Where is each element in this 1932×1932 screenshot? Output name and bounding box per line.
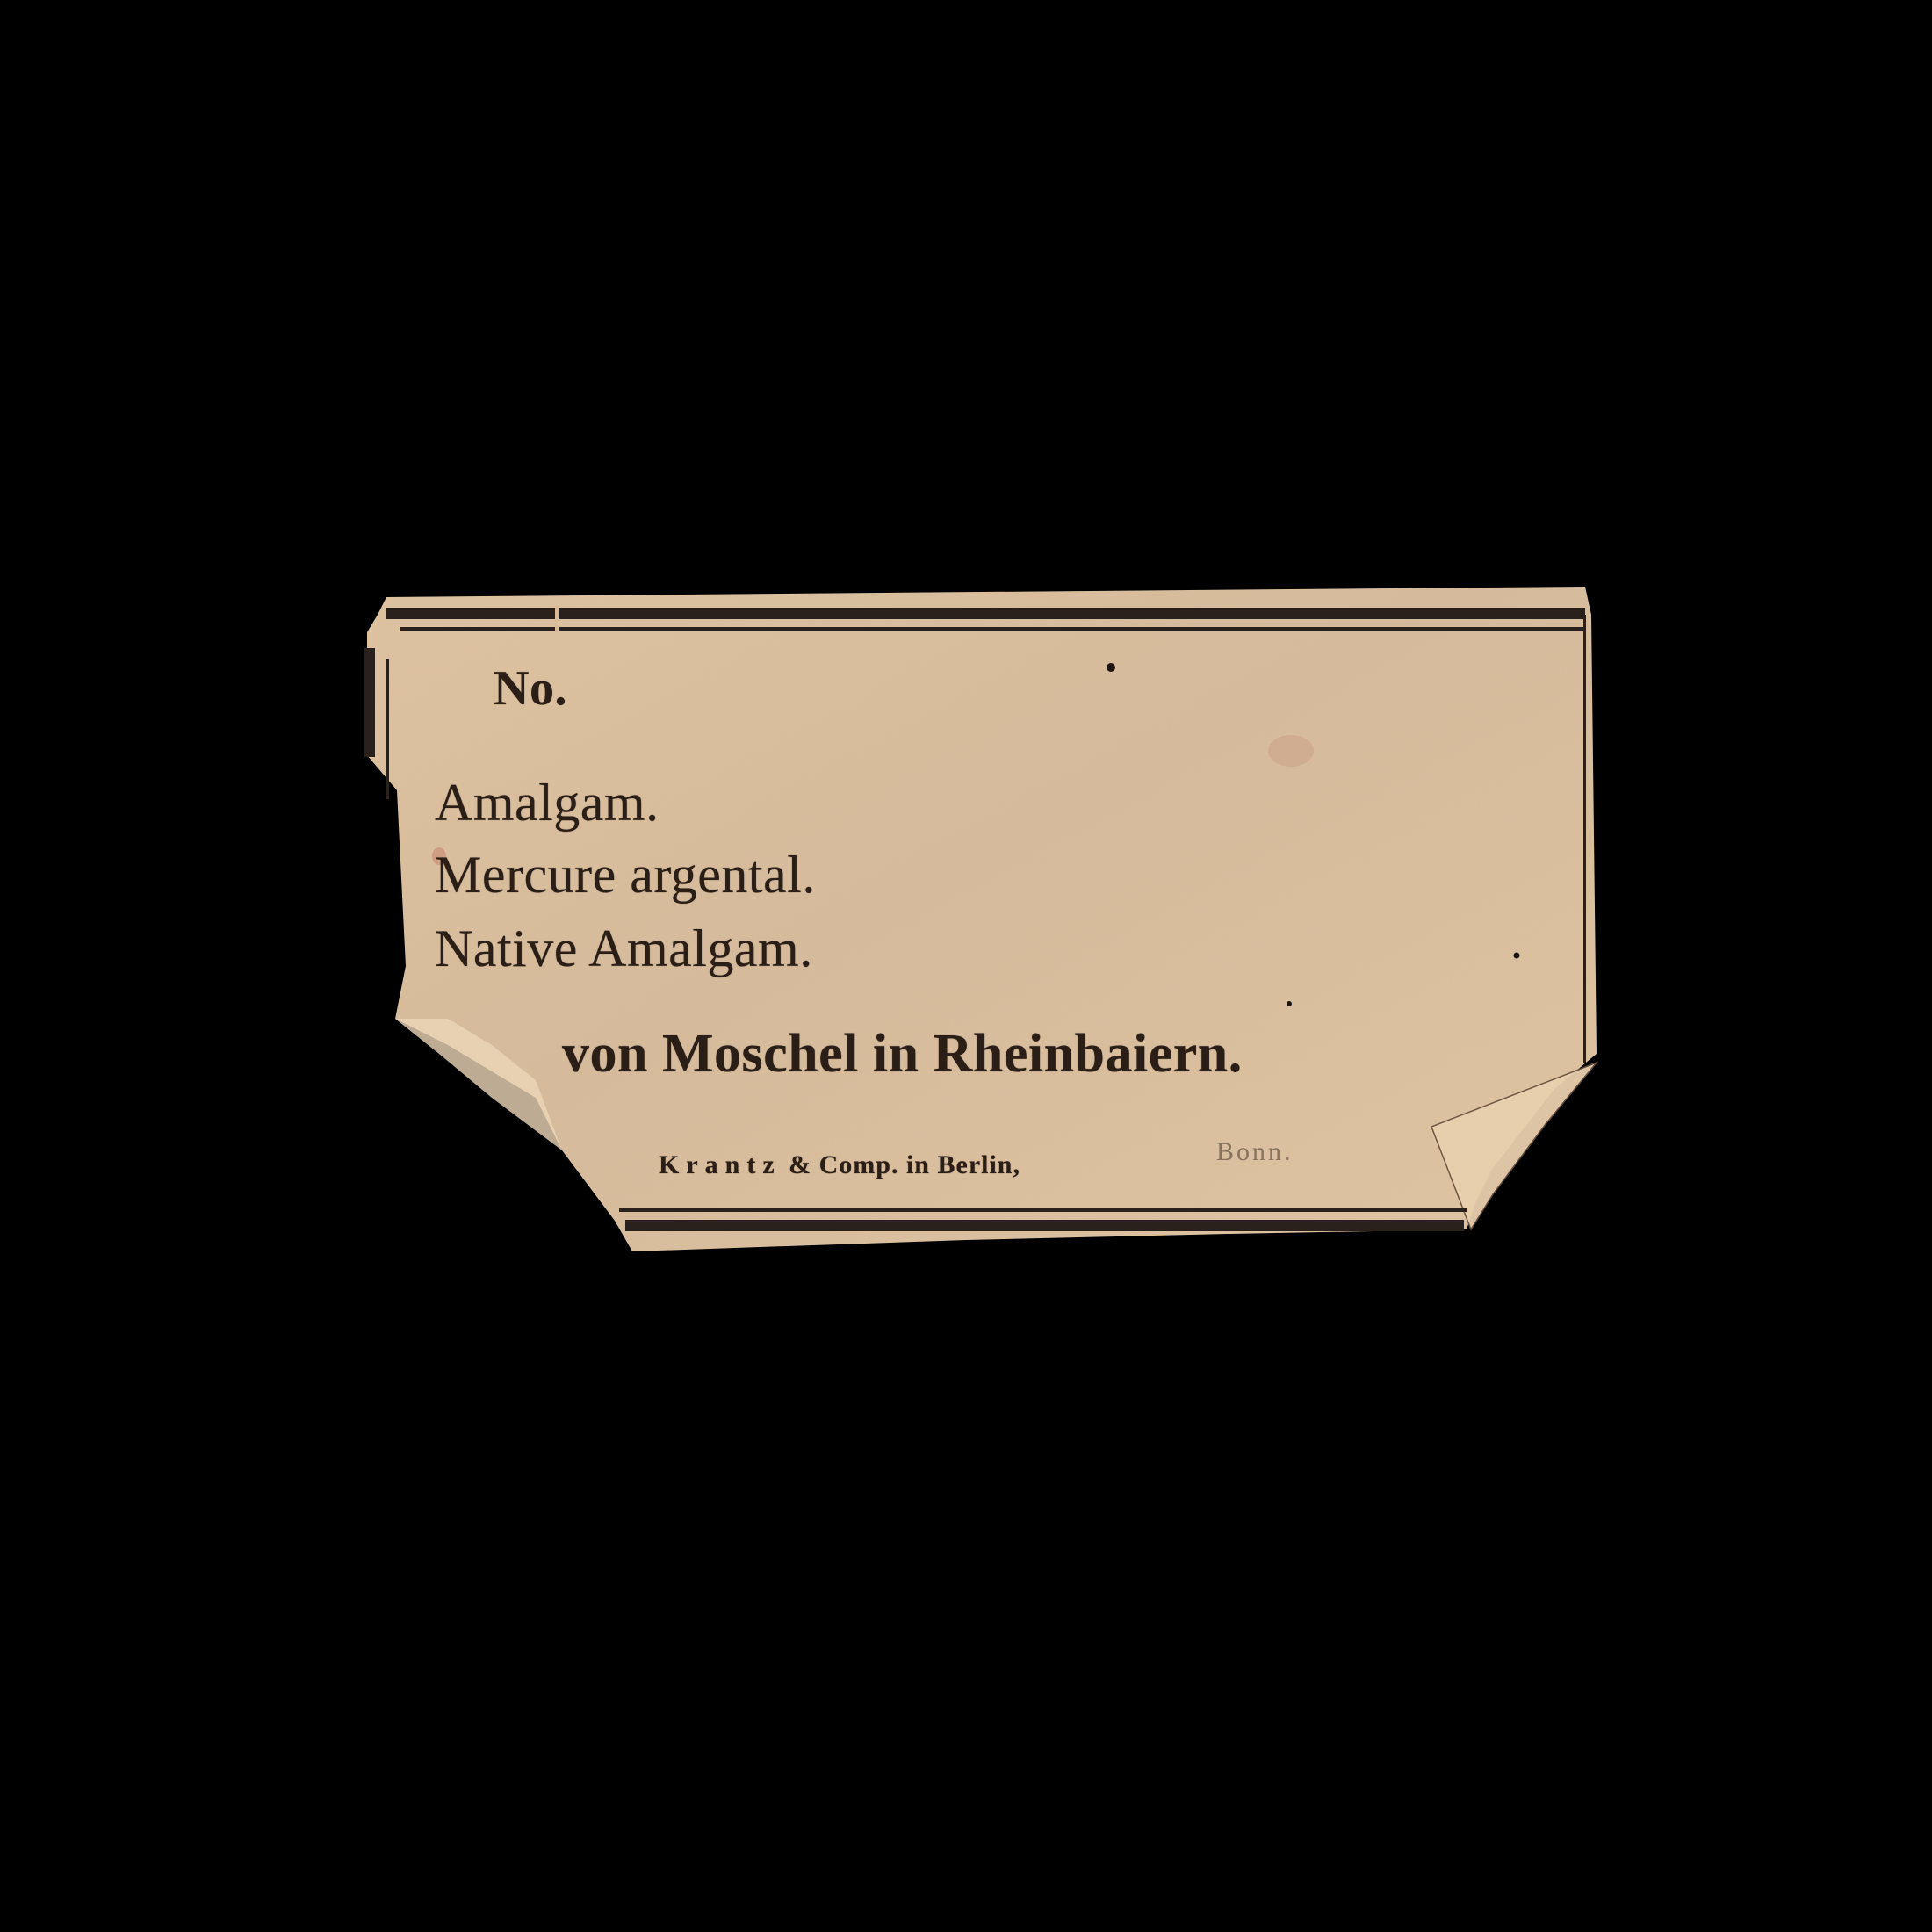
locality: von Moschel in Rheinbaiern. [562, 1023, 1243, 1085]
dealer-imprint: Krantz & Comp. in Berlin, [659, 1150, 1020, 1180]
dealer-address: & Comp. in Berlin, [782, 1150, 1020, 1179]
top-rule-thick [386, 608, 1585, 619]
left-rule-thin [386, 659, 389, 799]
left-rule-thick [364, 648, 375, 757]
bottom-rule-thick [625, 1220, 1464, 1231]
mineral-name-english: Native Amalgam. [435, 919, 813, 979]
specimen-number-label: No. [494, 660, 567, 717]
dealer-alt-city: Bonn. [1216, 1137, 1294, 1167]
dealer-name: Krantz [659, 1150, 782, 1179]
paper-label [0, 0, 1932, 1932]
specimen-photo: No. Amalgam. Mercure argental. Native Am… [0, 0, 1932, 1932]
mineral-name-french: Mercure argental. [435, 845, 816, 905]
bottom-rule-thin [619, 1208, 1467, 1212]
mineral-name-german: Amalgam. [435, 773, 660, 833]
right-rule-thin [1583, 615, 1586, 1063]
top-rule-thin [400, 627, 1585, 631]
